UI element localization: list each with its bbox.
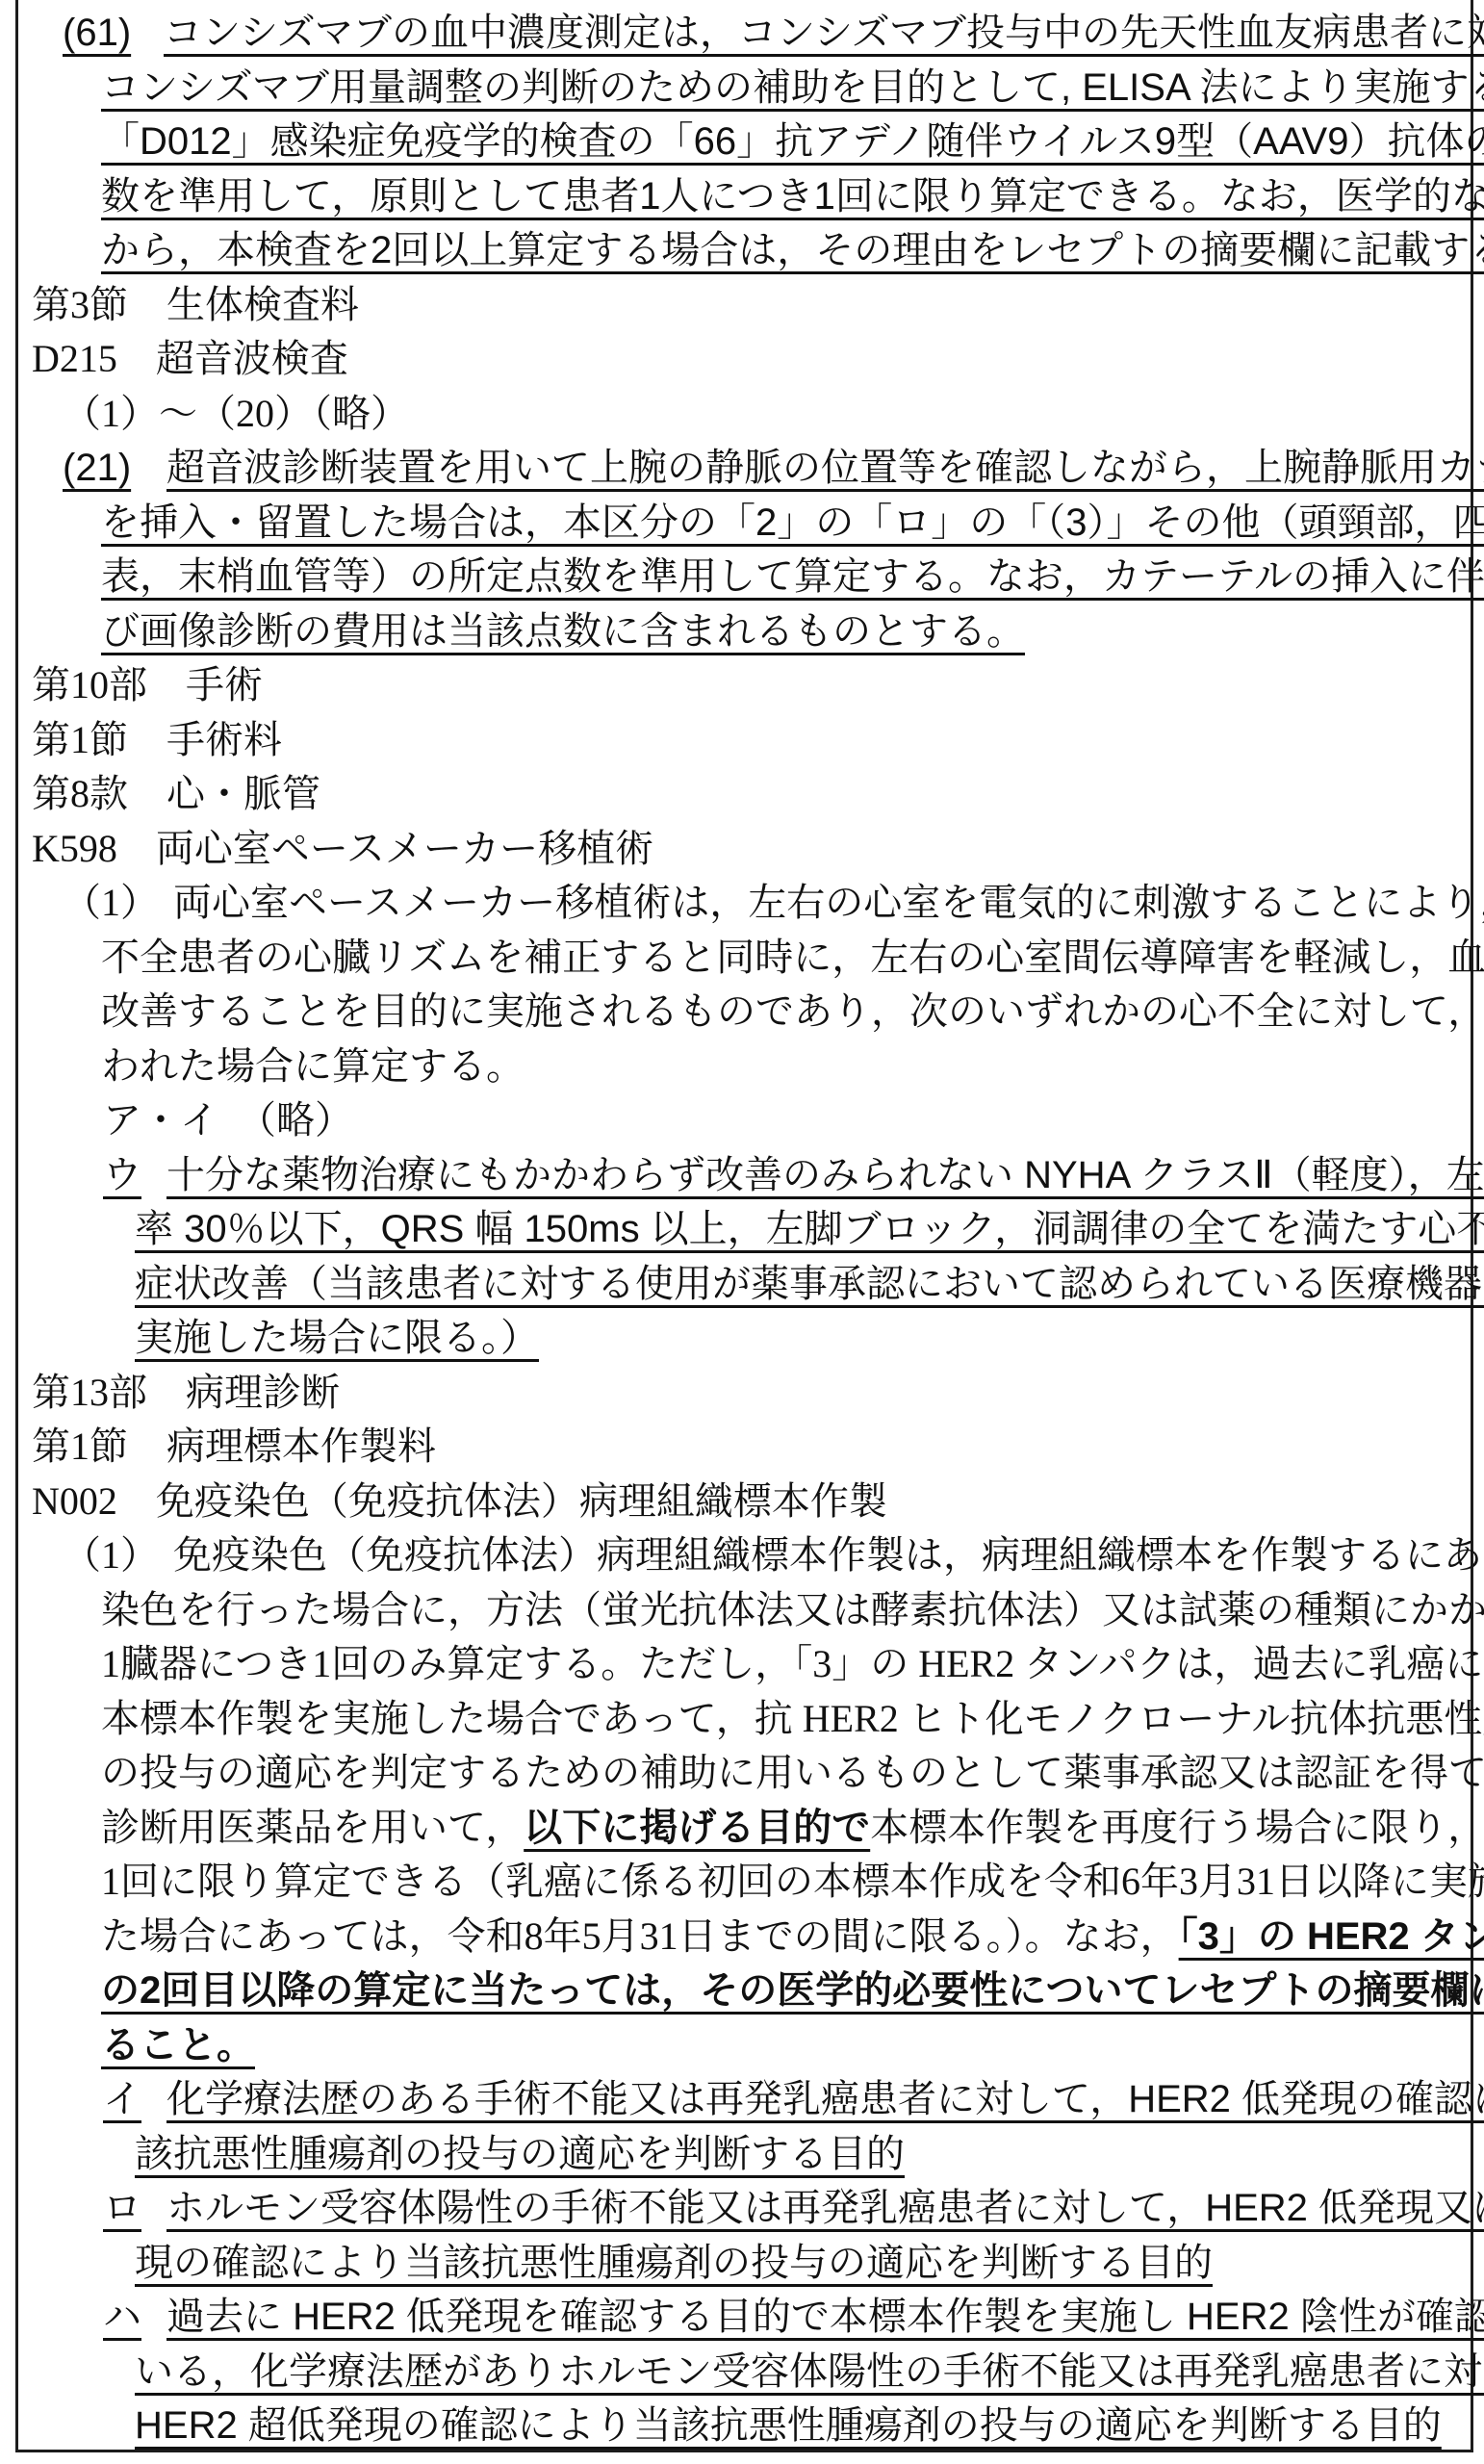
text-line: 数を準用して，原則として患者1人につき1回に限り算定できる。なお，医学的な必要性 — [15, 169, 1471, 224]
item-marker: ウ — [103, 1148, 166, 1203]
text-segment: 数を準用して，原則として患者1人につき1回に限り算定できる。なお，医学的な必要性 — [101, 175, 1484, 218]
text-line: 本標本作製を実施した場合であって，抗 HER2 ヒト化モノクローナル抗体抗悪性腫… — [15, 1692, 1471, 1747]
text-line: 染色を行った場合に，方法（蛍光抗体法又は酵素抗体法）又は試薬の種類にかかわらず， — [15, 1583, 1471, 1638]
text-segment: 両心室ペースメーカー移植術は，左右の心室を電気的に刺激することにより，重症心 — [173, 881, 1484, 924]
text-segment: ア・イ （略） — [103, 1098, 353, 1142]
text-line: イ化学療法歴のある手術不能又は再発乳癌患者に対して，HER2 低発現の確認により… — [15, 2072, 1471, 2127]
text-line: 第3節 生体検査料 — [15, 278, 1471, 333]
text-segment: 改善することを目的に実施されるものであり，次のいずれかの心不全に対して，治療が行 — [101, 989, 1484, 1033]
text-line: （1）～（20）（略） — [15, 387, 1471, 442]
text-line: 該抗悪性腫瘍剤の投与の適応を判断する目的 — [15, 2127, 1471, 2182]
text-line: われた場合に算定する。 — [15, 1039, 1471, 1094]
text-segment: コンシズマブ用量調整の判断のための補助を目的として, ELISA 法により実施す… — [101, 66, 1484, 109]
text-segment: 表，末梢血管等）の所定点数を準用して算定する。なお，カテーテルの挿入に伴う検査及 — [101, 555, 1484, 598]
text-segment: 第1節 病理標本作製料 — [32, 1424, 436, 1468]
text-segment: 「D012」感染症免疫学的検査の「66」抗アデノ随伴ウイルス9型（AAV9）抗体… — [101, 120, 1484, 163]
text-segment: ホルモン受容体陽性の手術不能又は再発乳癌患者に対して，HER2 低発現又は超低発 — [166, 2187, 1484, 2229]
text-segment: 第1節 手術料 — [32, 718, 282, 761]
text-segment: （1）～（20）（略） — [63, 392, 409, 435]
text-line: ウ十分な薬物治療にもかかわらず改善のみられない NYHA クラスⅡ（軽度），左室… — [15, 1148, 1471, 1203]
text-line: 第1節 病理標本作製料 — [15, 1420, 1471, 1475]
item-marker: (61) — [63, 6, 164, 61]
text-segment: 不全患者の心臓リズムを補正すると同時に，左右の心室間伝導障害を軽減し，血行動態を — [101, 936, 1484, 979]
text-segment: 実施した場合に限る。） — [135, 1317, 539, 1359]
text-segment: 第3節 生体検査料 — [32, 283, 359, 326]
text-line: 症状改善（当該患者に対する使用が薬事承認において認められている医療機器を用いて — [15, 1257, 1471, 1312]
text-segment: ること。 — [101, 2024, 255, 2066]
item-marker: ロ — [103, 2181, 166, 2236]
text-segment: 染色を行った場合に，方法（蛍光抗体法又は酵素抗体法）又は試薬の種類にかかわらず， — [101, 1588, 1484, 1631]
text-segment: から，本検査を2回以上算定する場合は，その理由をレセプトの摘要欄に記載すること。 — [101, 229, 1484, 271]
text-line: N002 免疫染色（免疫抗体法）病理組織標本作製 — [15, 1475, 1471, 1529]
text-line: 第10部 手術 — [15, 658, 1471, 713]
text-segment: 1回に限り算定できる（乳癌に係る初回の本標本作成を令和6年3月31日以降に実施し — [101, 1860, 1484, 1903]
text-segment: を挿入・留置した場合は，本区分の「2」の「ロ」の「（3）」その他（頭頸部，四肢，… — [101, 501, 1484, 544]
text-segment: D215 超音波検査 — [32, 337, 348, 380]
text-line: 1回に限り算定できる（乳癌に係る初回の本標本作成を令和6年3月31日以降に実施し — [15, 1855, 1471, 1910]
text-line: 実施した場合に限る。） — [15, 1311, 1471, 1366]
text-segment: われた場合に算定する。 — [101, 1044, 525, 1088]
item-marker: （1） — [63, 1528, 173, 1583]
text-line: 第1節 手術料 — [15, 713, 1471, 768]
text-line: K598 両心室ペースメーカー移植術 — [15, 822, 1471, 877]
text-line: 第13部 病理診断 — [15, 1366, 1471, 1421]
text-segment: いる，化学療法歴がありホルモン受容体陽性の手術不能又は再発乳癌患者に対して， — [135, 2350, 1484, 2393]
text-segment: 過去に HER2 低発現を確認する目的で本標本作製を実施し HER2 陰性が確認… — [166, 2296, 1484, 2338]
text-segment: 免疫染色（免疫抗体法）病理組織標本作製は，病理組織標本を作製するにあたり免疫 — [173, 1533, 1484, 1577]
text-segment: K598 両心室ペースメーカー移植術 — [32, 827, 653, 870]
text-line: の投与の適応を判定するための補助に用いるものとして薬事承認又は認証を得ている体外 — [15, 1746, 1471, 1801]
text-line: 第8款 心・脈管 — [15, 767, 1471, 822]
text-line: (21)超音波診断装置を用いて上腕の静脈の位置等を確認しながら，上腕静脈用カテー… — [15, 441, 1471, 496]
text-line: 1臓器につき1回のみ算定する。ただし，「3」の HER2 タンパクは，過去に乳癌… — [15, 1637, 1471, 1692]
item-marker: （1） — [63, 876, 173, 931]
text-segment: 超音波診断装置を用いて上腕の静脈の位置等を確認しながら，上腕静脈用カテーテル — [166, 447, 1484, 489]
text-line: の2回目以降の算定に当たっては，その医学的必要性についてレセプトの摘要欄に記載す — [15, 1963, 1471, 2018]
text-line: コンシズマブ用量調整の判断のための補助を目的として, ELISA 法により実施す… — [15, 61, 1471, 115]
text-line: ること。 — [15, 2018, 1471, 2073]
text-line: D215 超音波検査 — [15, 332, 1471, 387]
text-segment: 本標本作製を再度行う場合に限り， — [870, 1806, 1484, 1849]
text-line: 改善することを目的に実施されるものであり，次のいずれかの心不全に対して，治療が行 — [15, 985, 1471, 1039]
text-segment: 第13部 病理診断 — [32, 1371, 340, 1414]
text-line: 診断用医薬品を用いて，以下に掲げる目的で本標本作製を再度行う場合に限り，目的別に — [15, 1801, 1471, 1856]
text-line: （1）免疫染色（免疫抗体法）病理組織標本作製は，病理組織標本を作製するにあたり免… — [15, 1528, 1471, 1583]
text-segment: 率 30％以下，QRS 幅 150ms 以上，左脚ブロック，洞調律の全てを満たす… — [135, 1208, 1484, 1250]
text-segment: 現の確認により当該抗悪性腫瘍剤の投与の適応を判断する目的 — [135, 2242, 1213, 2284]
text-line: 現の確認により当該抗悪性腫瘍剤の投与の適応を判断する目的 — [15, 2236, 1471, 2291]
text-segment: HER2 超低発現の確認により当該抗悪性腫瘍剤の投与の適応を判断する目的 — [135, 2404, 1442, 2447]
text-line: を挿入・留置した場合は，本区分の「2」の「ロ」の「（3）」その他（頭頸部，四肢，… — [15, 496, 1471, 551]
text-segment: 化学療法歴のある手術不能又は再発乳癌患者に対して，HER2 低発現の確認により当 — [166, 2078, 1484, 2120]
text-segment: 第10部 手術 — [32, 663, 263, 706]
text-line: 率 30％以下，QRS 幅 150ms 以上，左脚ブロック，洞調律の全てを満たす… — [15, 1202, 1471, 1257]
text-segment: の2回目以降の算定に当たっては，その医学的必要性についてレセプトの摘要欄に記載す — [101, 1969, 1484, 2012]
text-segment: 第8款 心・脈管 — [32, 772, 320, 815]
text-line: (61)コンシズマブの血中濃度測定は，コンシズマブ投与中の先天性血友病患者に対し… — [15, 6, 1471, 61]
text-segment: 該抗悪性腫瘍剤の投与の適応を判断する目的 — [135, 2133, 905, 2175]
item-marker: ハ — [103, 2290, 166, 2345]
text-line: から，本検査を2回以上算定する場合は，その理由をレセプトの摘要欄に記載すること。 — [15, 223, 1471, 278]
text-segment: 「3」の HER2 タンパク — [1179, 1915, 1484, 1958]
text-line: いる，化学療法歴がありホルモン受容体陽性の手術不能又は再発乳癌患者に対して， — [15, 2345, 1471, 2400]
text-segment: 以下に掲げる目的で — [524, 1807, 870, 1849]
text-segment: び画像診断の費用は当該点数に含まれるものとする。 — [101, 610, 1025, 653]
text-line: 表，末梢血管等）の所定点数を準用して算定する。なお，カテーテルの挿入に伴う検査及 — [15, 550, 1471, 604]
text-segment: 本標本作製を実施した場合であって，抗 HER2 ヒト化モノクローナル抗体抗悪性腫… — [101, 1697, 1484, 1740]
text-line: （1）両心室ペースメーカー移植術は，左右の心室を電気的に刺激することにより，重症… — [15, 876, 1471, 931]
text-segment: コンシズマブの血中濃度測定は，コンシズマブ投与中の先天性血友病患者に対して， — [164, 12, 1484, 54]
text-line: ハ過去に HER2 低発現を確認する目的で本標本作製を実施し HER2 陰性が確… — [15, 2290, 1471, 2345]
document-text-block: (61)コンシズマブの血中濃度測定は，コンシズマブ投与中の先天性血友病患者に対し… — [15, 6, 1471, 2453]
text-line: ア・イ （略） — [15, 1093, 1471, 1148]
text-line: び画像診断の費用は当該点数に含まれるものとする。 — [15, 604, 1471, 659]
text-line: 不全患者の心臓リズムを補正すると同時に，左右の心室間伝導障害を軽減し，血行動態を — [15, 931, 1471, 986]
item-marker: イ — [103, 2072, 166, 2127]
text-segment: 1臓器につき1回のみ算定する。ただし，「3」の HER2 タンパクは，過去に乳癌… — [101, 1642, 1484, 1685]
text-segment: 診断用医薬品を用いて， — [101, 1806, 524, 1849]
item-marker: (21) — [63, 441, 166, 496]
text-line: 「D012」感染症免疫学的検査の「66」抗アデノ随伴ウイルス9型（AAV9）抗体… — [15, 115, 1471, 169]
document-page: (61)コンシズマブの血中濃度測定は，コンシズマブ投与中の先天性血友病患者に対し… — [0, 0, 1484, 2464]
text-segment: の投与の適応を判定するための補助に用いるものとして薬事承認又は認証を得ている体外 — [101, 1751, 1484, 1794]
text-segment: た場合にあっては，令和8年5月31日までの間に限る。）。なお， — [101, 1914, 1179, 1958]
text-line: ロホルモン受容体陽性の手術不能又は再発乳癌患者に対して，HER2 低発現又は超低… — [15, 2181, 1471, 2236]
text-segment: N002 免疫染色（免疫抗体法）病理組織標本作製 — [32, 1479, 887, 1523]
text-segment: 症状改善（当該患者に対する使用が薬事承認において認められている医療機器を用いて — [135, 1263, 1484, 1305]
text-line: た場合にあっては，令和8年5月31日までの間に限る。）。なお，「3」の HER2… — [15, 1910, 1471, 1964]
text-line: HER2 超低発現の確認により当該抗悪性腫瘍剤の投与の適応を判断する目的 — [15, 2399, 1471, 2453]
text-segment: 十分な薬物治療にもかかわらず改善のみられない NYHA クラスⅡ（軽度），左室駆… — [166, 1154, 1484, 1196]
